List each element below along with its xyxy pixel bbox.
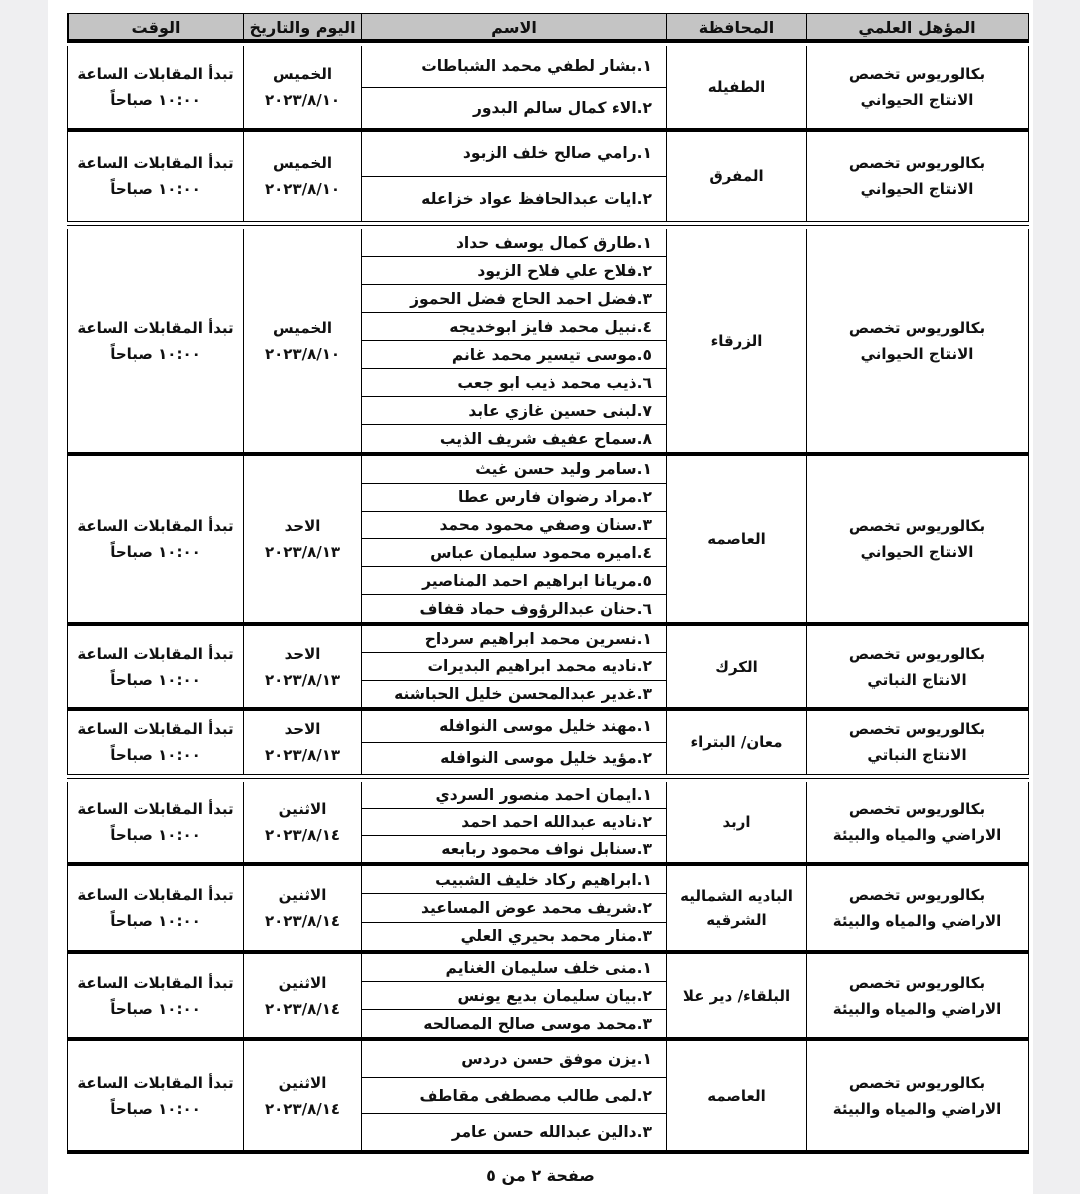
name-row: ٣.فضل احمد الحاج فضل الحموز: [362, 285, 666, 313]
name-row: ١.نسرين محمد ابراهيم سرداح: [362, 626, 666, 653]
qualification-line1: بكالوريوس تخصص: [849, 61, 985, 87]
qualification-line1: بكالوريوس تخصص: [849, 1070, 985, 1096]
governorate: البلقاء/ دير علا: [683, 984, 790, 1008]
day-date-cell: الاحد ٢٠٢٣/٨/١٣: [243, 626, 361, 707]
name-row: ٧.لبنى حسين غازي عابد: [362, 397, 666, 425]
governorate: المفرق: [709, 164, 763, 188]
time-line1: تبدأ المقابلات الساعة: [77, 716, 233, 742]
qualification-line2: الانتاج الحيواني: [861, 176, 974, 202]
time-line1: تبدأ المقابلات الساعة: [77, 150, 233, 176]
qualification-line1: بكالوريوس تخصص: [849, 882, 985, 908]
qualification-line2: الانتاج الحيواني: [861, 87, 974, 113]
group-separator: [67, 1150, 1029, 1154]
day: الخميس: [273, 150, 332, 176]
name-row: ١.منى خلف سليمان الغنايم: [362, 954, 666, 982]
table-group: تبدأ المقابلات الساعة ١٠:٠٠ صباحاً الاحد…: [67, 626, 1029, 707]
day: الخميس: [273, 315, 332, 341]
table-group: تبدأ المقابلات الساعة ١٠:٠٠ صباحاً الاثن…: [67, 782, 1029, 862]
qualification-cell: بكالوريوس تخصص الانتاج الحيواني: [806, 456, 1027, 622]
time-line2: ١٠:٠٠ صباحاً: [110, 908, 201, 934]
qualification-line1: بكالوريوس تخصص: [849, 315, 985, 341]
date: ٢٠٢٣/٨/١٣: [265, 539, 340, 565]
name-row: ١.رامي صالح خلف الزبود: [362, 131, 666, 177]
governorate-cell: الباديه الشماليه الشرقيه: [666, 866, 806, 950]
time-cell: تبدأ المقابلات الساعة ١٠:٠٠ صباحاً: [68, 866, 243, 950]
header-name: الاسم: [361, 14, 666, 40]
time-cell: تبدأ المقابلات الساعة ١٠:٠٠ صباحاً: [68, 782, 243, 862]
name-row: ٣.غدير عبدالمحسن خليل الحباشنه: [362, 681, 666, 707]
day: الاحد: [285, 513, 321, 539]
qualification-line1: بكالوريوس تخصص: [849, 796, 985, 822]
name-row: ١.ايمان احمد منصور السردي: [362, 782, 666, 809]
table-group: تبدأ المقابلات الساعة ١٠:٠٠ صباحاً الاحد…: [67, 456, 1029, 622]
governorate-cell: العاصمه: [666, 456, 806, 622]
name-row: ٦.حنان عبدالرؤوف حماد قفاف: [362, 595, 666, 622]
governorate-cell: الزرقاء: [666, 229, 806, 452]
day-date-cell: الخميس ٢٠٢٣/٨/١٠: [243, 131, 361, 221]
names-cell: ١.منى خلف سليمان الغنايم٢.بيان سليمان بد…: [361, 954, 666, 1037]
qualification-cell: بكالوريوس تخصص الاراضي والمياه والبيئة: [806, 866, 1027, 950]
time-line2: ١٠:٠٠ صباحاً: [110, 539, 201, 565]
name-row: ٣.سنابل نواف محمود ربابعه: [362, 836, 666, 862]
name-row: ٢.مؤيد خليل موسى النوافله: [362, 743, 666, 775]
time-line2: ١٠:٠٠ صباحاً: [110, 176, 201, 202]
day-date-cell: الاثنين ٢٠٢٣/٨/١٤: [243, 1041, 361, 1150]
qualification-cell: بكالوريوس تخصص الاراضي والمياه والبيئة: [806, 1041, 1027, 1150]
name-row: ٤.اميره محمود سليمان عباس: [362, 539, 666, 567]
governorate: الباديه الشماليه الشرقيه: [677, 884, 797, 932]
day-date-cell: الاثنين ٢٠٢٣/٨/١٤: [243, 782, 361, 862]
time-line1: تبدأ المقابلات الساعة: [77, 970, 233, 996]
qualification-line2: الاراضي والمياه والبيئة: [833, 822, 1002, 848]
day-date-cell: الاثنين ٢٠٢٣/٨/١٤: [243, 866, 361, 950]
governorate: معان/ البتراء: [690, 730, 782, 754]
name-row: ٢.بيان سليمان بديع يونس: [362, 982, 666, 1010]
time-cell: تبدأ المقابلات الساعة ١٠:٠٠ صباحاً: [68, 626, 243, 707]
name-row: ١.بشار لطفي محمد الشباطات: [362, 46, 666, 88]
name-row: ٢.مراد رضوان فارس عطا: [362, 484, 666, 512]
date: ٢٠٢٣/٨/١٠: [265, 87, 340, 113]
header-qualification: المؤهل العلمي: [806, 14, 1027, 40]
name-row: ٢.ناديه محمد ابراهيم البديرات: [362, 653, 666, 680]
time-line2: ١٠:٠٠ صباحاً: [110, 996, 201, 1022]
qualification-line2: الانتاج النباتي: [867, 667, 966, 693]
governorate-cell: البلقاء/ دير علا: [666, 954, 806, 1037]
date: ٢٠٢٣/٨/١٣: [265, 667, 340, 693]
day-date-cell: الاحد ٢٠٢٣/٨/١٣: [243, 710, 361, 774]
time-line1: تبدأ المقابلات الساعة: [77, 315, 233, 341]
day: الاثنين: [279, 970, 327, 996]
header-day-date: اليوم والتاريخ: [243, 14, 361, 40]
qualification-line2: الاراضي والمياه والبيئة: [833, 996, 1002, 1022]
header-time: الوقت: [68, 14, 243, 40]
governorate: الطفيله: [708, 75, 766, 99]
time-line1: تبدأ المقابلات الساعة: [77, 61, 233, 87]
governorate-cell: معان/ البتراء: [666, 710, 806, 774]
governorate-cell: المفرق: [666, 131, 806, 221]
table-header: الوقت اليوم والتاريخ الاسم المحافظة المؤ…: [67, 13, 1029, 43]
name-row: ٣.سنان وصفي محمود محمد: [362, 512, 666, 540]
qualification-line1: بكالوريوس تخصص: [849, 150, 985, 176]
name-row: ٢.ناديه عبدالله احمد احمد: [362, 809, 666, 836]
day: الاثنين: [279, 882, 327, 908]
governorate: العاصمه: [707, 527, 766, 551]
header-governorate: المحافظة: [666, 14, 806, 40]
name-row: ٢.ايات عبدالحافظ عواد خزاعله: [362, 177, 666, 222]
name-row: ١.سامر وليد حسن غيث: [362, 456, 666, 484]
name-row: ٣.محمد موسى صالح المصالحه: [362, 1010, 666, 1037]
time-cell: تبدأ المقابلات الساعة ١٠:٠٠ صباحاً: [68, 1041, 243, 1150]
document-page: الوقت اليوم والتاريخ الاسم المحافظة المؤ…: [48, 0, 1033, 1194]
name-row: ٢.لمى طالب مصطفى مقاطف: [362, 1078, 666, 1115]
name-row: ١.ابراهيم ركاد خليف الشبيب: [362, 866, 666, 894]
name-row: ٢.الاء كمال سالم البدور: [362, 88, 666, 129]
group-separator: [67, 221, 1029, 226]
time-line2: ١٠:٠٠ صباحاً: [110, 87, 201, 113]
date: ٢٠٢٣/٨/١٠: [265, 341, 340, 367]
date: ٢٠٢٣/٨/١٣: [265, 742, 340, 768]
qualification-cell: بكالوريوس تخصص الانتاج النباتي: [806, 626, 1027, 707]
time-line2: ١٠:٠٠ صباحاً: [110, 1096, 201, 1122]
name-row: ١.طارق كمال يوسف حداد: [362, 229, 666, 257]
name-row: ٤.نبيل محمد فايز ابوخديجه: [362, 313, 666, 341]
governorate: الكرك: [715, 655, 758, 679]
names-cell: ١.نسرين محمد ابراهيم سرداح٢.ناديه محمد ا…: [361, 626, 666, 707]
qualification-cell: بكالوريوس تخصص الانتاج الحيواني: [806, 46, 1027, 128]
time-line1: تبدأ المقابلات الساعة: [77, 1070, 233, 1096]
day: الاحد: [285, 641, 321, 667]
day-date-cell: الاثنين ٢٠٢٣/٨/١٤: [243, 954, 361, 1037]
date: ٢٠٢٣/٨/١٤: [265, 996, 340, 1022]
names-cell: ١.مهند خليل موسى النوافله٢.مؤيد خليل موس…: [361, 710, 666, 774]
time-line2: ١٠:٠٠ صباحاً: [110, 667, 201, 693]
day: الاثنين: [279, 1070, 327, 1096]
name-row: ٥.مريانا ابراهيم احمد المناصير: [362, 567, 666, 595]
time-line2: ١٠:٠٠ صباحاً: [110, 822, 201, 848]
time-line2: ١٠:٠٠ صباحاً: [110, 742, 201, 768]
table-group: تبدأ المقابلات الساعة ١٠:٠٠ صباحاً الاثن…: [67, 1041, 1029, 1150]
qualification-line2: الاراضي والمياه والبيئة: [833, 908, 1002, 934]
name-row: ٢.فلاح علي فلاح الزيود: [362, 257, 666, 285]
day: الاثنين: [279, 796, 327, 822]
table-group: تبدأ المقابلات الساعة ١٠:٠٠ صباحاً الاحد…: [67, 710, 1029, 774]
day-date-cell: الخميس ٢٠٢٣/٨/١٠: [243, 229, 361, 452]
table-group: تبدأ المقابلات الساعة ١٠:٠٠ صباحاً الاثن…: [67, 866, 1029, 950]
names-cell: ١.يزن موفق حسن دردس٢.لمى طالب مصطفى مقاط…: [361, 1041, 666, 1150]
date: ٢٠٢٣/٨/١٠: [265, 176, 340, 202]
name-row: ٨.سماح عفيف شريف الذيب: [362, 425, 666, 452]
group-separator: [67, 774, 1029, 779]
time-line1: تبدأ المقابلات الساعة: [77, 641, 233, 667]
time-cell: تبدأ المقابلات الساعة ١٠:٠٠ صباحاً: [68, 456, 243, 622]
governorate: اربد: [722, 810, 750, 834]
name-row: ١.يزن موفق حسن دردس: [362, 1041, 666, 1078]
qualification-cell: بكالوريوس تخصص الانتاج الحيواني: [806, 229, 1027, 452]
names-cell: ١.ايمان احمد منصور السردي٢.ناديه عبدالله…: [361, 782, 666, 862]
page-number: صفحة ٢ من ٥: [48, 1166, 1033, 1185]
table-group: تبدأ المقابلات الساعة ١٠:٠٠ صباحاً الخمي…: [67, 131, 1029, 221]
time-cell: تبدأ المقابلات الساعة ١٠:٠٠ صباحاً: [68, 131, 243, 221]
day-date-cell: الخميس ٢٠٢٣/٨/١٠: [243, 46, 361, 128]
time-line2: ١٠:٠٠ صباحاً: [110, 341, 201, 367]
time-cell: تبدأ المقابلات الساعة ١٠:٠٠ صباحاً: [68, 954, 243, 1037]
qualification-line2: الانتاج النباتي: [867, 742, 966, 768]
time-line1: تبدأ المقابلات الساعة: [77, 513, 233, 539]
table-group: تبدأ المقابلات الساعة ١٠:٠٠ صباحاً الخمي…: [67, 46, 1029, 128]
qualification-cell: بكالوريوس تخصص الاراضي والمياه والبيئة: [806, 954, 1027, 1037]
qualification-line1: بكالوريوس تخصص: [849, 716, 985, 742]
name-row: ٣.منار محمد بحيري العلي: [362, 923, 666, 950]
governorate-cell: العاصمه: [666, 1041, 806, 1150]
day: الاحد: [285, 716, 321, 742]
names-cell: ١.طارق كمال يوسف حداد٢.فلاح علي فلاح الز…: [361, 229, 666, 452]
time-line1: تبدأ المقابلات الساعة: [77, 796, 233, 822]
day-date-cell: الاحد ٢٠٢٣/٨/١٣: [243, 456, 361, 622]
qualification-line1: بكالوريوس تخصص: [849, 970, 985, 996]
qualification-cell: بكالوريوس تخصص الاراضي والمياه والبيئة: [806, 782, 1027, 862]
time-line1: تبدأ المقابلات الساعة: [77, 882, 233, 908]
governorate-cell: اربد: [666, 782, 806, 862]
governorate: الزرقاء: [711, 329, 763, 353]
date: ٢٠٢٣/٨/١٤: [265, 908, 340, 934]
qualification-line1: بكالوريوس تخصص: [849, 513, 985, 539]
name-row: ٥.موسى تيسير محمد غانم: [362, 341, 666, 369]
name-row: ٣.دالين عبدالله حسن عامر: [362, 1114, 666, 1150]
qualification-line1: بكالوريوس تخصص: [849, 641, 985, 667]
name-row: ١.مهند خليل موسى النوافله: [362, 710, 666, 743]
governorate-cell: الطفيله: [666, 46, 806, 128]
table-group: تبدأ المقابلات الساعة ١٠:٠٠ صباحاً الاثن…: [67, 954, 1029, 1037]
governorate-cell: الكرك: [666, 626, 806, 707]
qualification-line2: الاراضي والمياه والبيئة: [833, 1096, 1002, 1122]
governorate: العاصمه: [707, 1084, 766, 1108]
names-cell: ١.رامي صالح خلف الزبود٢.ايات عبدالحافظ ع…: [361, 131, 666, 221]
date: ٢٠٢٣/٨/١٤: [265, 1096, 340, 1122]
name-row: ٦.ذيب محمد ذيب ابو جعب: [362, 369, 666, 397]
names-cell: ١.بشار لطفي محمد الشباطات٢.الاء كمال سال…: [361, 46, 666, 128]
table-group: تبدأ المقابلات الساعة ١٠:٠٠ صباحاً الخمي…: [67, 229, 1029, 452]
date: ٢٠٢٣/٨/١٤: [265, 822, 340, 848]
qualification-cell: بكالوريوس تخصص الانتاج الحيواني: [806, 131, 1027, 221]
time-cell: تبدأ المقابلات الساعة ١٠:٠٠ صباحاً: [68, 46, 243, 128]
qualification-cell: بكالوريوس تخصص الانتاج النباتي: [806, 710, 1027, 774]
day: الخميس: [273, 61, 332, 87]
time-cell: تبدأ المقابلات الساعة ١٠:٠٠ صباحاً: [68, 229, 243, 452]
qualification-line2: الانتاج الحيواني: [861, 539, 974, 565]
names-cell: ١.سامر وليد حسن غيث٢.مراد رضوان فارس عطا…: [361, 456, 666, 622]
qualification-line2: الانتاج الحيواني: [861, 341, 974, 367]
name-row: ٢.شريف محمد عوض المساعيد: [362, 894, 666, 922]
time-cell: تبدأ المقابلات الساعة ١٠:٠٠ صباحاً: [68, 710, 243, 774]
names-cell: ١.ابراهيم ركاد خليف الشبيب٢.شريف محمد عو…: [361, 866, 666, 950]
